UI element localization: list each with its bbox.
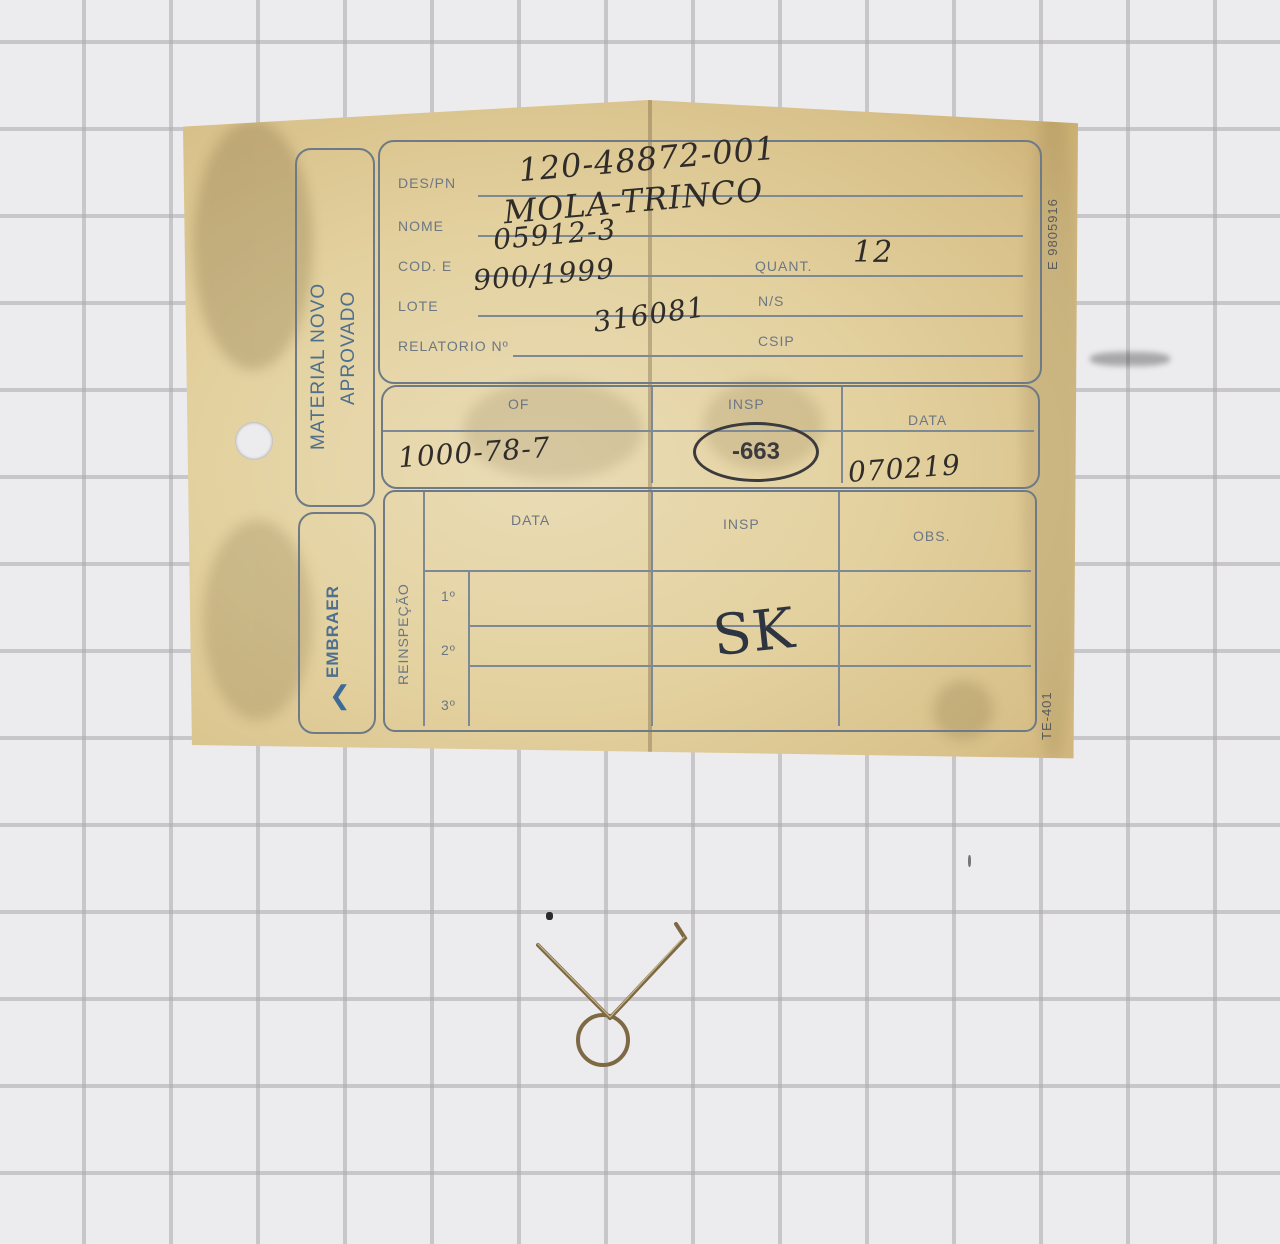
inspector-stamp: -663 <box>693 422 819 482</box>
field-label-lote: LOTE <box>398 298 439 314</box>
reinspection-header-obs: OBS. <box>913 528 950 544</box>
of-label: OF <box>508 396 529 412</box>
form-code: TE-401 <box>1039 691 1054 740</box>
reinspection-row-3: 3º <box>441 697 456 713</box>
quant-value: 12 <box>853 235 893 270</box>
debris-speck <box>1090 352 1170 366</box>
tag-punch-hole <box>235 422 273 460</box>
field-label-cod: COD. E <box>398 258 452 274</box>
field-label-relatorio: RELATORIO Nº <box>398 338 509 354</box>
reinspection-header-insp: INSP <box>723 516 760 532</box>
reinspection-label: REINSPEÇÃO <box>395 583 411 685</box>
field-label-ns: N/S <box>758 293 784 309</box>
brand-label: EMBRAER <box>323 585 343 678</box>
field-label-des-pn: DES/PN <box>398 175 456 191</box>
field-label-csip: CSIP <box>758 333 795 349</box>
handwritten-initials: SK <box>710 596 799 669</box>
serial-number: E 9805916 <box>1045 198 1060 270</box>
reinspection-row-2: 2º <box>441 642 456 658</box>
reinspection-header-data: DATA <box>511 512 550 528</box>
brand-chevron-icon: ❮ <box>329 680 352 711</box>
field-label-nome: NOME <box>398 218 444 234</box>
approval-box <box>295 148 375 507</box>
field-label-quant: QUANT. <box>755 258 812 274</box>
data-label: DATA <box>908 412 947 428</box>
insp-label: INSP <box>728 396 765 412</box>
reinspection-row-1: 1º <box>441 588 456 604</box>
inspection-tag: MATERIAL NOVO APROVADO EMBRAER ❮ DES/PN … <box>183 100 1078 765</box>
approval-label-top: MATERIAL NOVO <box>308 283 330 450</box>
approval-label-bottom: APROVADO <box>338 291 360 405</box>
torsion-spring <box>520 900 720 1080</box>
debris-speck <box>968 855 971 867</box>
